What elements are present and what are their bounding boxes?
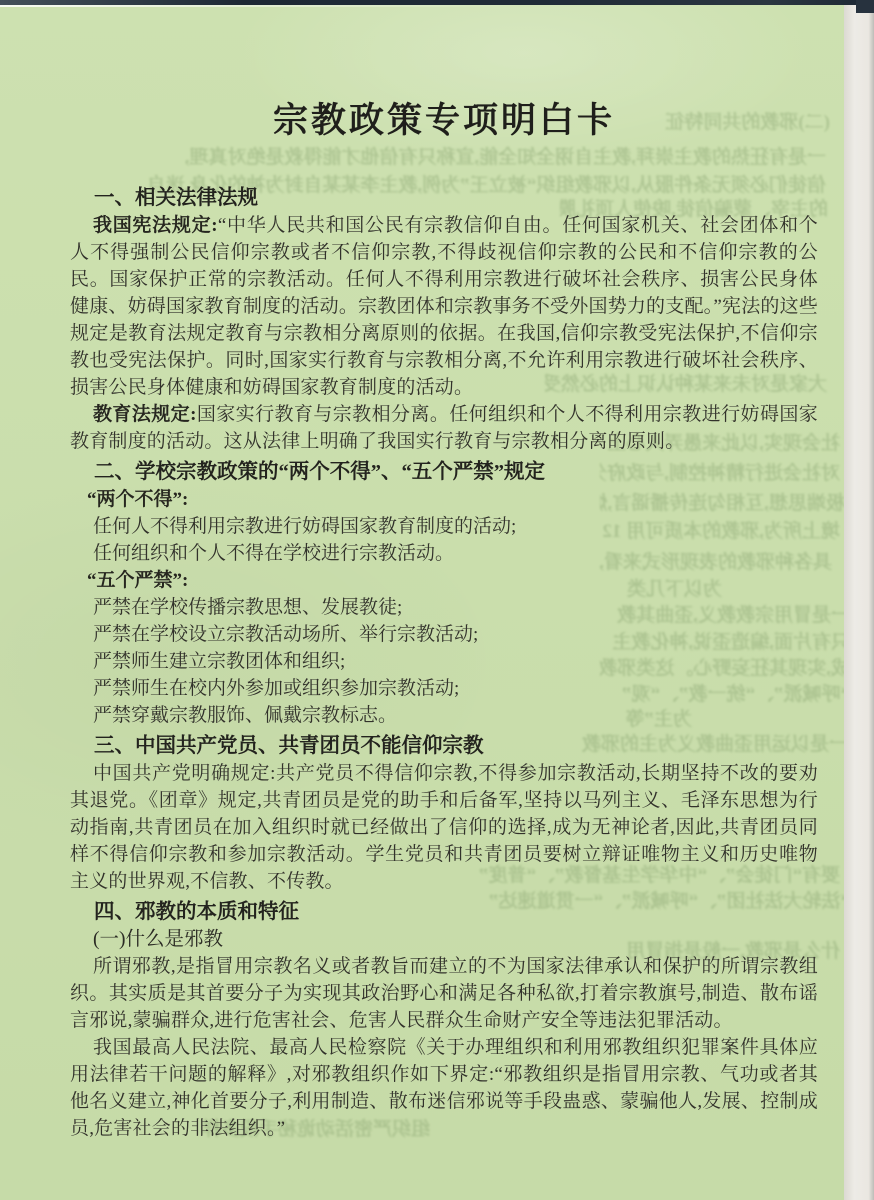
list-item: 严禁师生在校内外参加或组织参加宗教活动; (70, 675, 818, 702)
party-rule-paragraph: 中国共产党明确规定:共产党员不得信仰宗教,不得参加宗教活动,长期坚持不改的要劝其… (70, 760, 818, 895)
section-2-heading: 二、学校宗教政策的“两个不得”、“五个严禁”规定 (70, 459, 818, 486)
paragraph-lead: 教育法规定: (93, 404, 197, 425)
paper-edge-right (844, 4, 874, 1200)
section-1-heading: 一、相关法律法规 (70, 185, 818, 212)
card-content: 宗教政策专项明白卡 一、相关法律法规 我国宪法规定:“中华人民共和国公民有宗教信… (0, 5, 845, 1142)
section-party-members: 三、中国共产党员、共青团员不能信仰宗教 中国共产党明确规定:共产党员不得信仰宗教… (70, 733, 818, 895)
education-law-paragraph: 教育法规定:国家实行教育与宗教相分离。任何组织和个人不得利用宗教进行妨碍国家教育… (70, 401, 818, 455)
list-item: 任何人不得利用宗教进行妨碍国家教育制度的活动; (70, 513, 818, 540)
page-title: 宗教政策专项明白卡 (70, 101, 818, 141)
paragraph-body: “中华人民共和国公民有宗教信仰自由。任何国家机关、社会团体和个人不得强制公民信仰… (70, 215, 818, 398)
constitution-paragraph: 我国宪法规定:“中华人民共和国公民有宗教信仰自由。任何国家机关、社会团体和个人不… (70, 212, 818, 401)
list-item: 任何组织和个人不得在学校进行宗教活动。 (70, 540, 818, 567)
section-cult-nature: 四、邪教的本质和特征 (一)什么是邪教 所谓邪教,是指冒用宗教名义或者教旨而建立… (70, 899, 818, 1142)
section-3-heading: 三、中国共产党员、共青团员不能信仰宗教 (70, 733, 818, 760)
what-is-cult-subheading: (一)什么是邪教 (70, 926, 818, 953)
section-legal-basis: 一、相关法律法规 我国宪法规定:“中华人民共和国公民有宗教信仰自由。任何国家机关… (70, 185, 818, 455)
two-prohibitions-label: “两个不得”: (70, 486, 818, 513)
five-bans-label: “五个严禁”: (70, 567, 818, 594)
scanned-document: (二)邪教的共同特征一是有狂热的教主崇拜,教主自诩全知全能,宣称只有信他才能得救… (0, 0, 874, 1200)
scanner-edge-corner (856, 0, 874, 13)
paragraph-lead: 我国宪法规定: (93, 215, 218, 236)
section-school-policy: 二、学校宗教政策的“两个不得”、“五个严禁”规定 “两个不得”: 任何人不得利用… (70, 459, 818, 729)
list-item: 严禁在学校传播宗教思想、发展教徒; (70, 594, 818, 621)
list-item: 严禁穿戴宗教服饰、佩戴宗教标志。 (70, 702, 818, 729)
scanner-edge-top (0, 0, 874, 5)
section-4-heading: 四、邪教的本质和特征 (70, 899, 818, 926)
cult-definition-paragraph: 所谓邪教,是指冒用宗教名义或者教旨而建立的不为国家法律承认和保护的所谓宗教组织。… (70, 953, 818, 1034)
list-item: 严禁师生建立宗教团体和组织; (70, 648, 818, 675)
green-card-page: (二)邪教的共同特征一是有狂热的教主崇拜,教主自诩全知全能,宣称只有信他才能得救… (0, 5, 845, 1200)
list-item: 严禁在学校设立宗教活动场所、举行宗教活动; (70, 621, 818, 648)
court-interpretation-paragraph: 我国最高人民法院、最高人民检察院《关于办理组织和利用邪教组织犯罪案件具体应用法律… (70, 1034, 818, 1142)
